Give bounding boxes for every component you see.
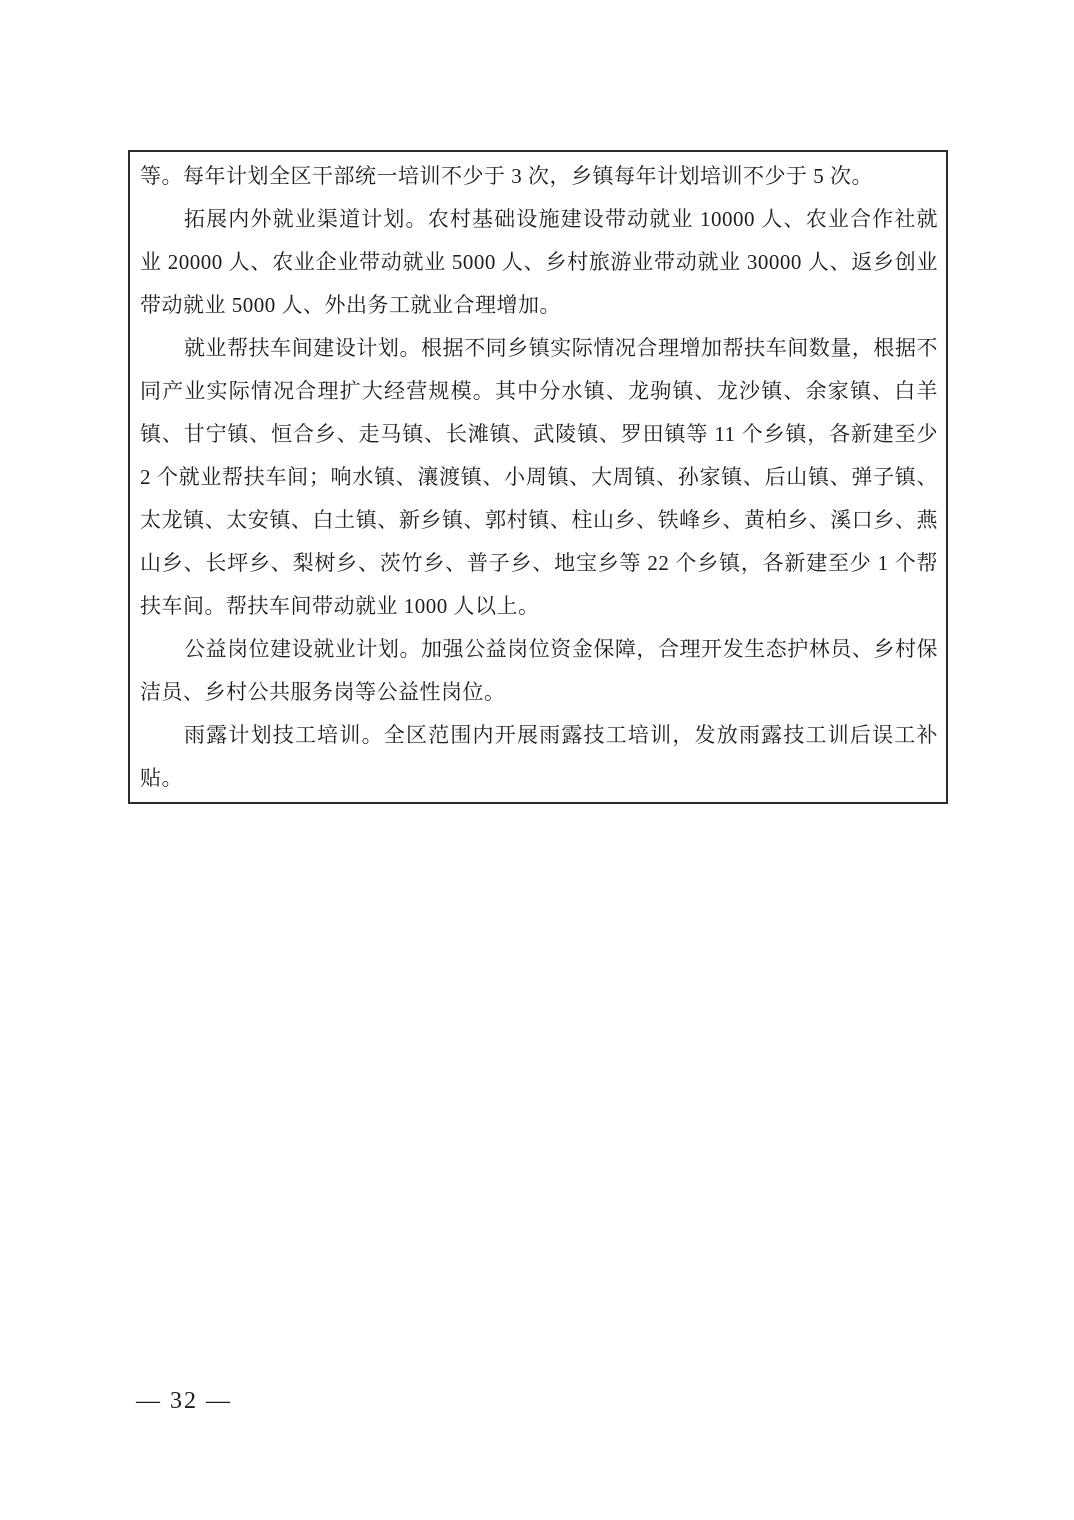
document-page: 等。每年计划全区干部统一培训不少于 3 次，乡镇每年计划培训不少于 5 次。拓展… [0,0,1074,1520]
paragraph: 公益岗位建设就业计划。加强公益岗位资金保障，合理开发生态护林员、乡村保洁员、乡村… [140,628,938,714]
paragraph: 雨露计划技工培训。全区范围内开展雨露技工培训，发放雨露技工训后误工补贴。 [140,714,938,800]
paragraph: 拓展内外就业渠道计划。农村基础设施建设带动就业 10000 人、农业合作社就业 … [140,198,938,327]
content-box: 等。每年计划全区干部统一培训不少于 3 次，乡镇每年计划培训不少于 5 次。拓展… [128,150,948,804]
page-number: — 32 — [136,1388,232,1415]
paragraph: 等。每年计划全区干部统一培训不少于 3 次，乡镇每年计划培训不少于 5 次。 [140,155,938,198]
document-body: 等。每年计划全区干部统一培训不少于 3 次，乡镇每年计划培训不少于 5 次。拓展… [140,155,938,800]
paragraph: 就业帮扶车间建设计划。根据不同乡镇实际情况合理增加帮扶车间数量，根据不同产业实际… [140,327,938,628]
